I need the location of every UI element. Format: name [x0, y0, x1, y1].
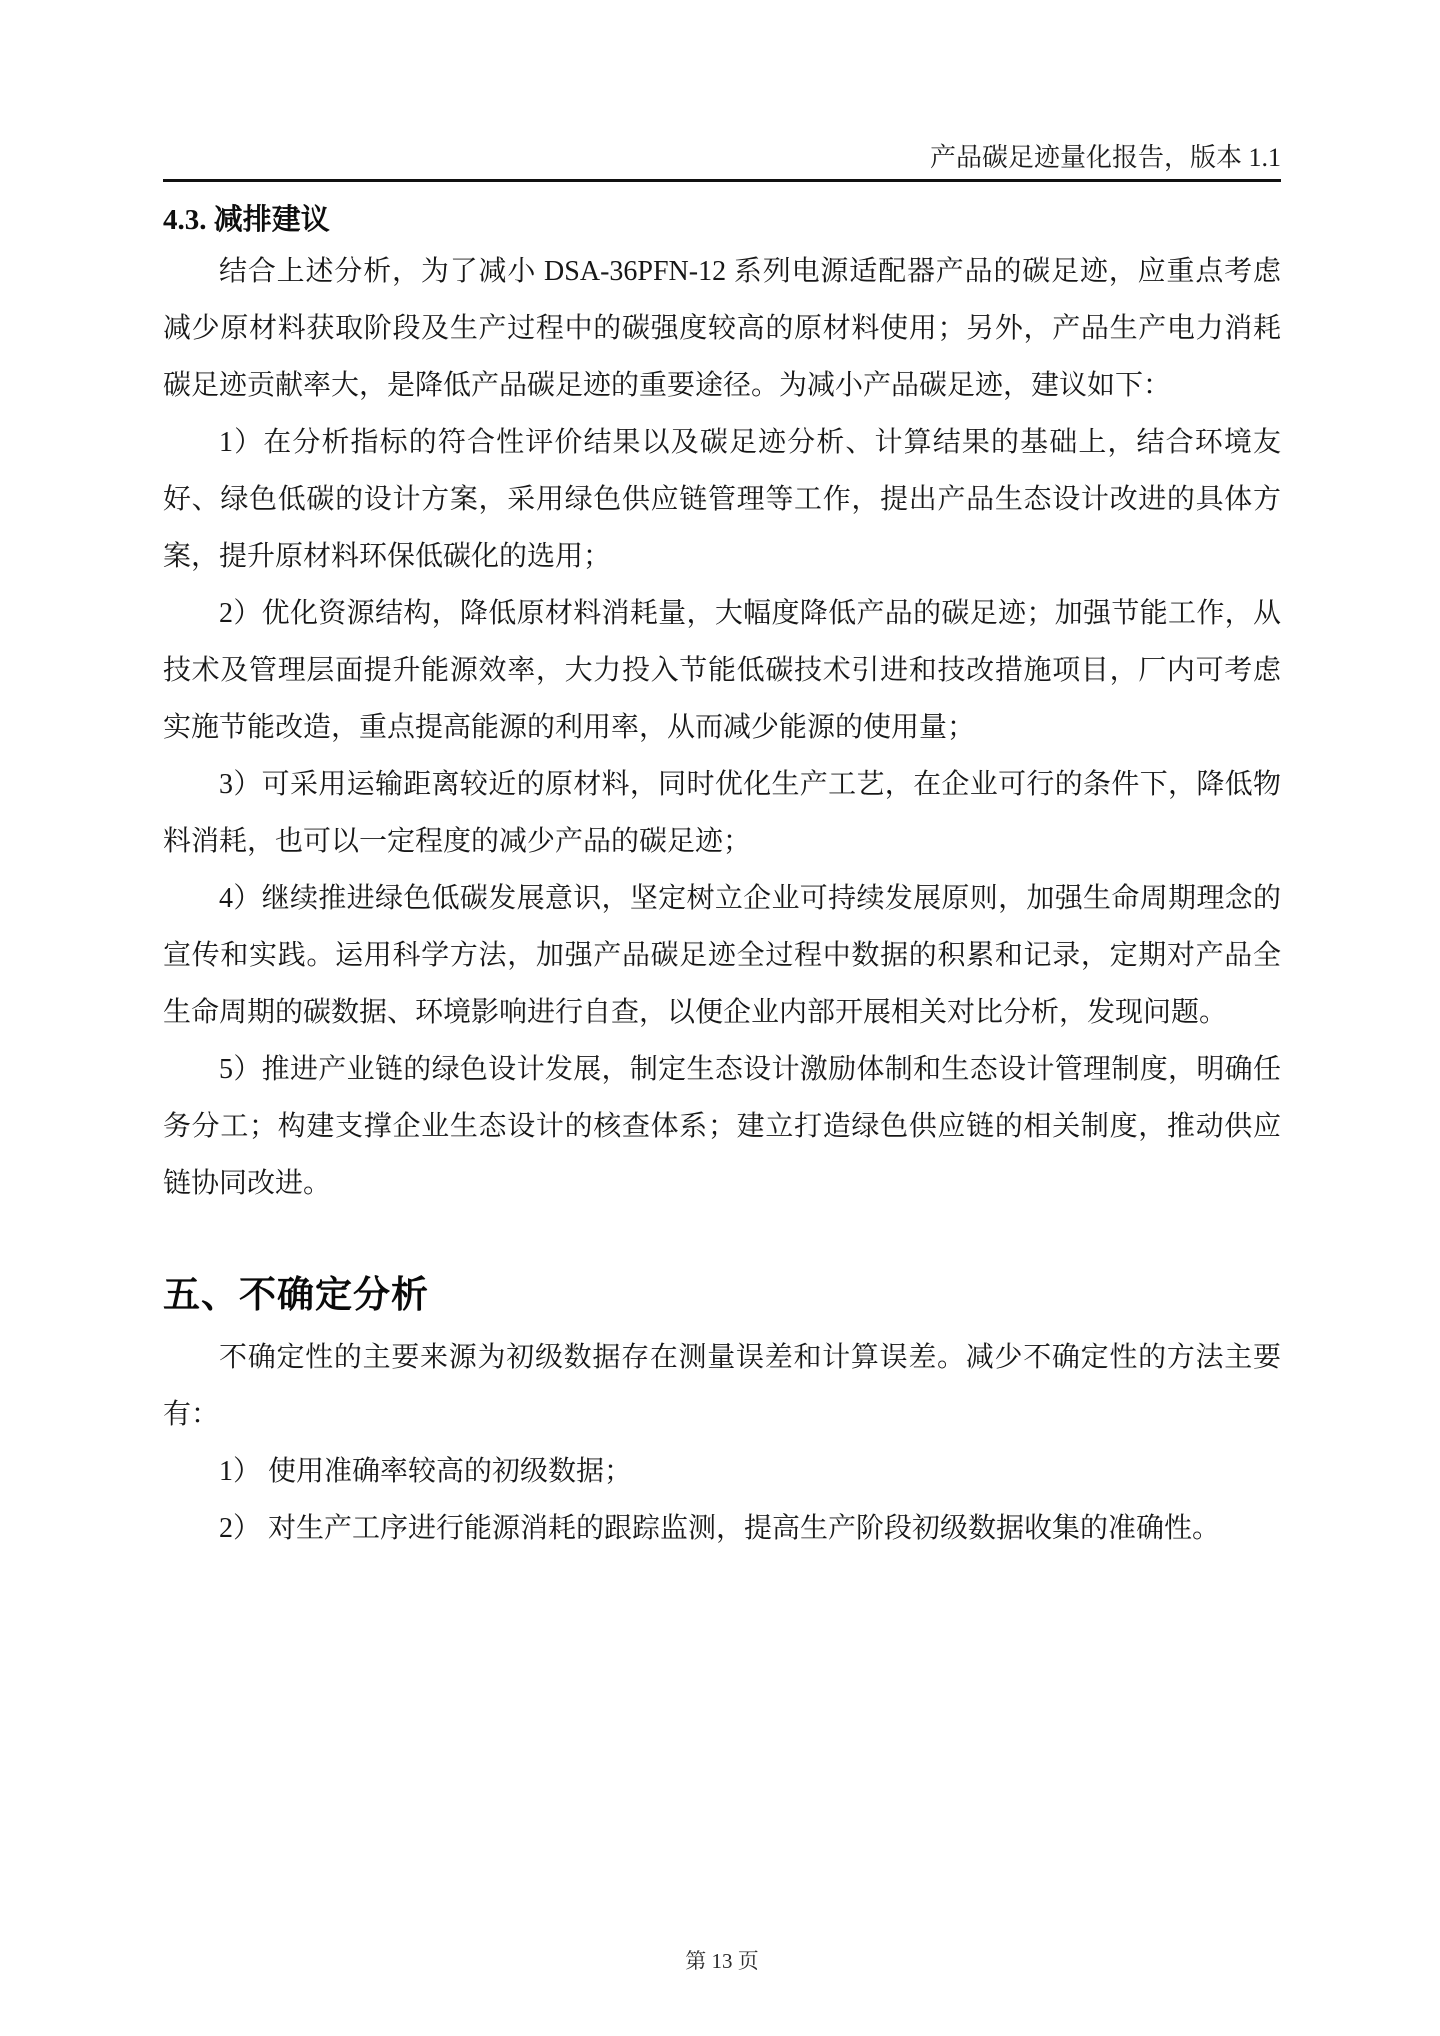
- section-4-3-heading: 4.3. 减排建议: [163, 204, 1281, 236]
- section-5-body: 不确定性的主要来源为初级数据存在测量误差和计算误差。减少不确定性的方法主要有： …: [163, 1329, 1281, 1557]
- paragraph: 4）继续推进绿色低碳发展意识，坚定树立企业可持续发展原则，加强生命周期理念的宣传…: [163, 870, 1281, 1041]
- section-4-3-body: 结合上述分析，为了减小 DSA-36PFN-12 系列电源适配器产品的碳足迹，应…: [163, 243, 1281, 1212]
- page-number: 第 13 页: [163, 1949, 1281, 1973]
- paragraph: 不确定性的主要来源为初级数据存在测量误差和计算误差。减少不确定性的方法主要有：: [163, 1329, 1281, 1443]
- paragraph: 3）可采用运输距离较近的原材料，同时优化生产工艺，在企业可行的条件下，降低物料消…: [163, 756, 1281, 870]
- section-5-heading: 五、不确定分析: [163, 1274, 1281, 1316]
- page-header-title: 产品碳足迹量化报告，版本 1.1: [163, 143, 1281, 173]
- paragraph: 5）推进产业链的绿色设计发展，制定生态设计激励体制和生态设计管理制度，明确任务分…: [163, 1041, 1281, 1212]
- header-divider: [163, 179, 1281, 182]
- paragraph: 结合上述分析，为了减小 DSA-36PFN-12 系列电源适配器产品的碳足迹，应…: [163, 243, 1281, 414]
- paragraph: 1）在分析指标的符合性评价结果以及碳足迹分析、计算结果的基础上，结合环境友好、绿…: [163, 414, 1281, 585]
- document-page: 产品碳足迹量化报告，版本 1.1 4.3. 减排建议 结合上述分析，为了减小 D…: [0, 0, 1440, 2036]
- paragraph: 1） 使用准确率较高的初级数据；: [163, 1443, 1281, 1500]
- paragraph: 2） 对生产工序进行能源消耗的跟踪监测，提高生产阶段初级数据收集的准确性。: [163, 1500, 1281, 1557]
- paragraph: 2）优化资源结构，降低原材料消耗量，大幅度降低产品的碳足迹；加强节能工作，从技术…: [163, 585, 1281, 756]
